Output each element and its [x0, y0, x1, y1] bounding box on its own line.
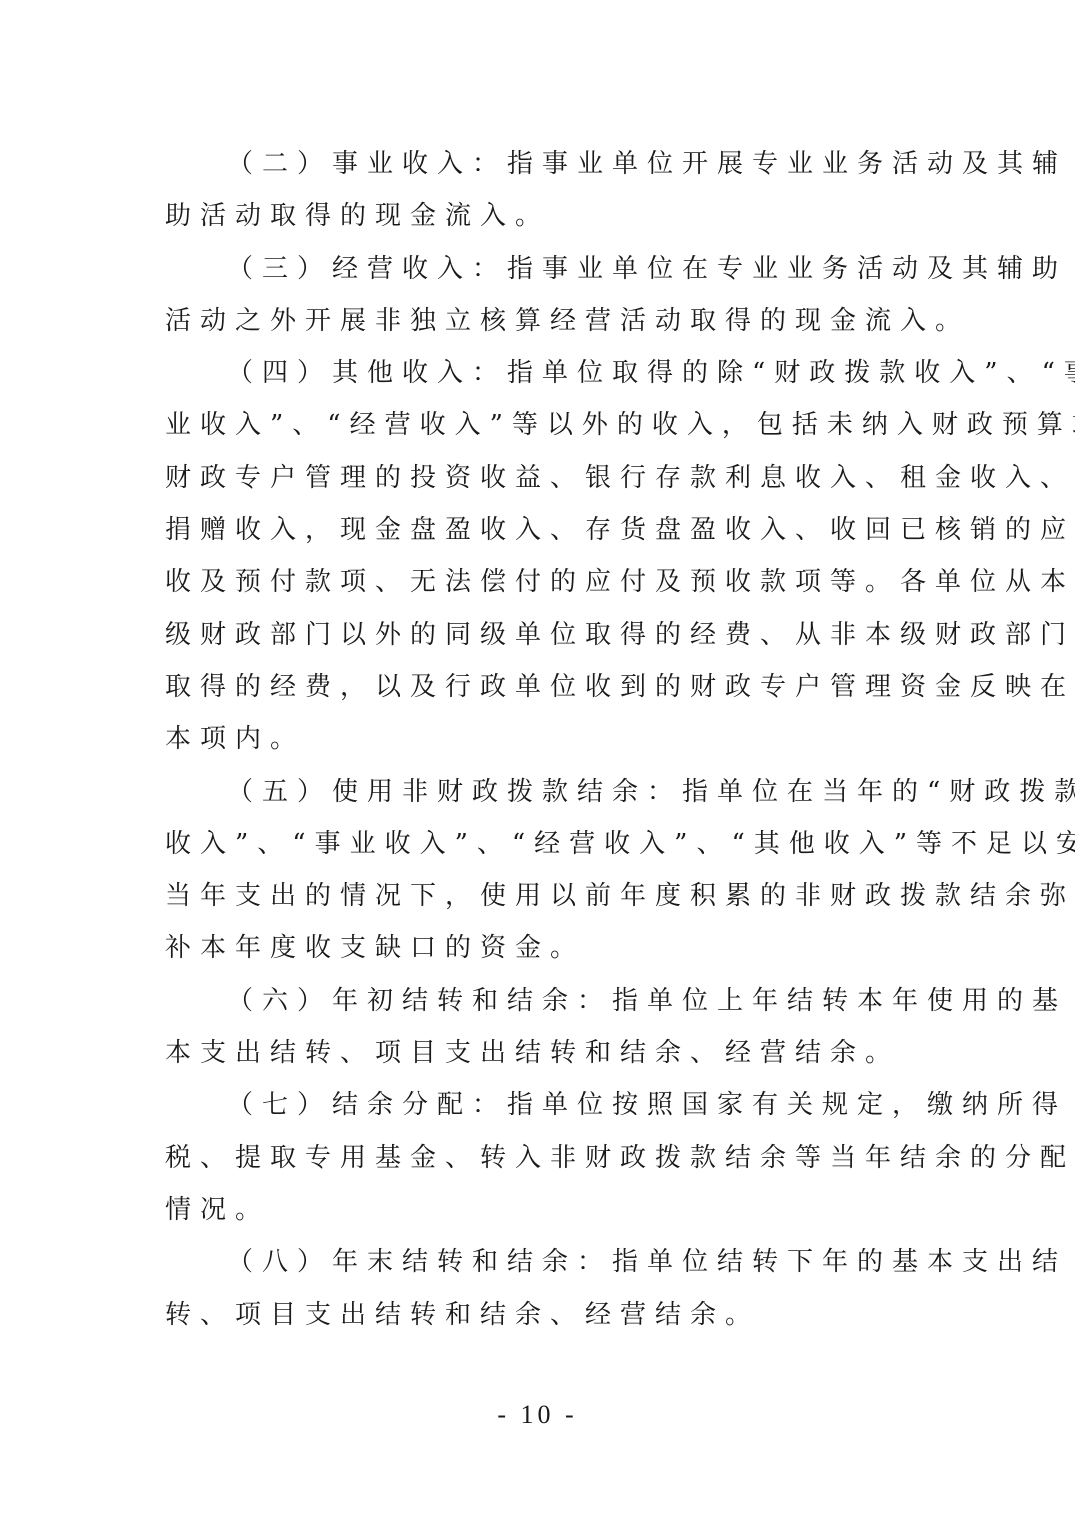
paragraph-line: 情况。 [165, 1184, 915, 1236]
paragraph-line: （七）结余分配：指单位按照国家有关规定，缴纳所得 [165, 1079, 915, 1131]
paragraph-line: （二）事业收入：指事业单位开展专业业务活动及其辅 [165, 138, 915, 190]
paragraph-line: （三）经营收入：指事业单位在专业业务活动及其辅助 [165, 243, 915, 295]
paragraph-line: 级财政部门以外的同级单位取得的经费、从非本级财政部门 [165, 609, 915, 661]
paragraph-line: 收及预付款项、无法偿付的应付及预收款项等。各单位从本 [165, 556, 915, 608]
paragraph-line: 税、提取专用基金、转入非财政拨款结余等当年结余的分配 [165, 1132, 915, 1184]
paragraph-item-6: （六）年初结转和结余：指单位上年结转本年使用的基 本支出结转、项目支出结转和结余… [165, 975, 915, 1080]
paragraph-line: （四）其他收入：指单位取得的除“财政拨款收入”、“事 [165, 347, 915, 399]
paragraph-item-2: （二）事业收入：指事业单位开展专业业务活动及其辅 助活动取得的现金流入。 [165, 138, 915, 243]
paragraph-line: （八）年末结转和结余：指单位结转下年的基本支出结 [165, 1236, 915, 1288]
paragraph-line: 财政专户管理的投资收益、银行存款利息收入、租金收入、 [165, 452, 915, 504]
paragraph-line: 本支出结转、项目支出结转和结余、经营结余。 [165, 1027, 915, 1079]
paragraph-line: 收入”、“事业收入”、“经营收入”、“其他收入”等不足以安排 [165, 818, 915, 870]
paragraph-line: 助活动取得的现金流入。 [165, 190, 915, 242]
document-body: （二）事业收入：指事业单位开展专业业务活动及其辅 助活动取得的现金流入。 （三）… [165, 138, 915, 1341]
page-number: - 10 - [0, 1400, 1075, 1430]
document-page: （二）事业收入：指事业单位开展专业业务活动及其辅 助活动取得的现金流入。 （三）… [0, 0, 1075, 1521]
paragraph-item-8: （八）年末结转和结余：指单位结转下年的基本支出结 转、项目支出结转和结余、经营结… [165, 1236, 915, 1341]
paragraph-line: 业收入”、“经营收入”等以外的收入，包括未纳入财政预算或 [165, 399, 915, 451]
paragraph-line: （六）年初结转和结余：指单位上年结转本年使用的基 [165, 975, 915, 1027]
paragraph-line: 取得的经费，以及行政单位收到的财政专户管理资金反映在 [165, 661, 915, 713]
paragraph-item-3: （三）经营收入：指事业单位在专业业务活动及其辅助 活动之外开展非独立核算经营活动… [165, 243, 915, 348]
paragraph-line: 转、项目支出结转和结余、经营结余。 [165, 1289, 915, 1341]
paragraph-line: （五）使用非财政拨款结余：指单位在当年的“财政拨款 [165, 766, 915, 818]
paragraph-line: 活动之外开展非独立核算经营活动取得的现金流入。 [165, 295, 915, 347]
paragraph-item-4: （四）其他收入：指单位取得的除“财政拨款收入”、“事 业收入”、“经营收入”等以… [165, 347, 915, 765]
paragraph-line: 捐赠收入，现金盘盈收入、存货盘盈收入、收回已核销的应 [165, 504, 915, 556]
paragraph-line: 补本年度收支缺口的资金。 [165, 922, 915, 974]
paragraph-item-5: （五）使用非财政拨款结余：指单位在当年的“财政拨款 收入”、“事业收入”、“经营… [165, 766, 915, 975]
paragraph-line: 本项内。 [165, 713, 915, 765]
paragraph-line: 当年支出的情况下，使用以前年度积累的非财政拨款结余弥 [165, 870, 915, 922]
paragraph-item-7: （七）结余分配：指单位按照国家有关规定，缴纳所得 税、提取专用基金、转入非财政拨… [165, 1079, 915, 1236]
